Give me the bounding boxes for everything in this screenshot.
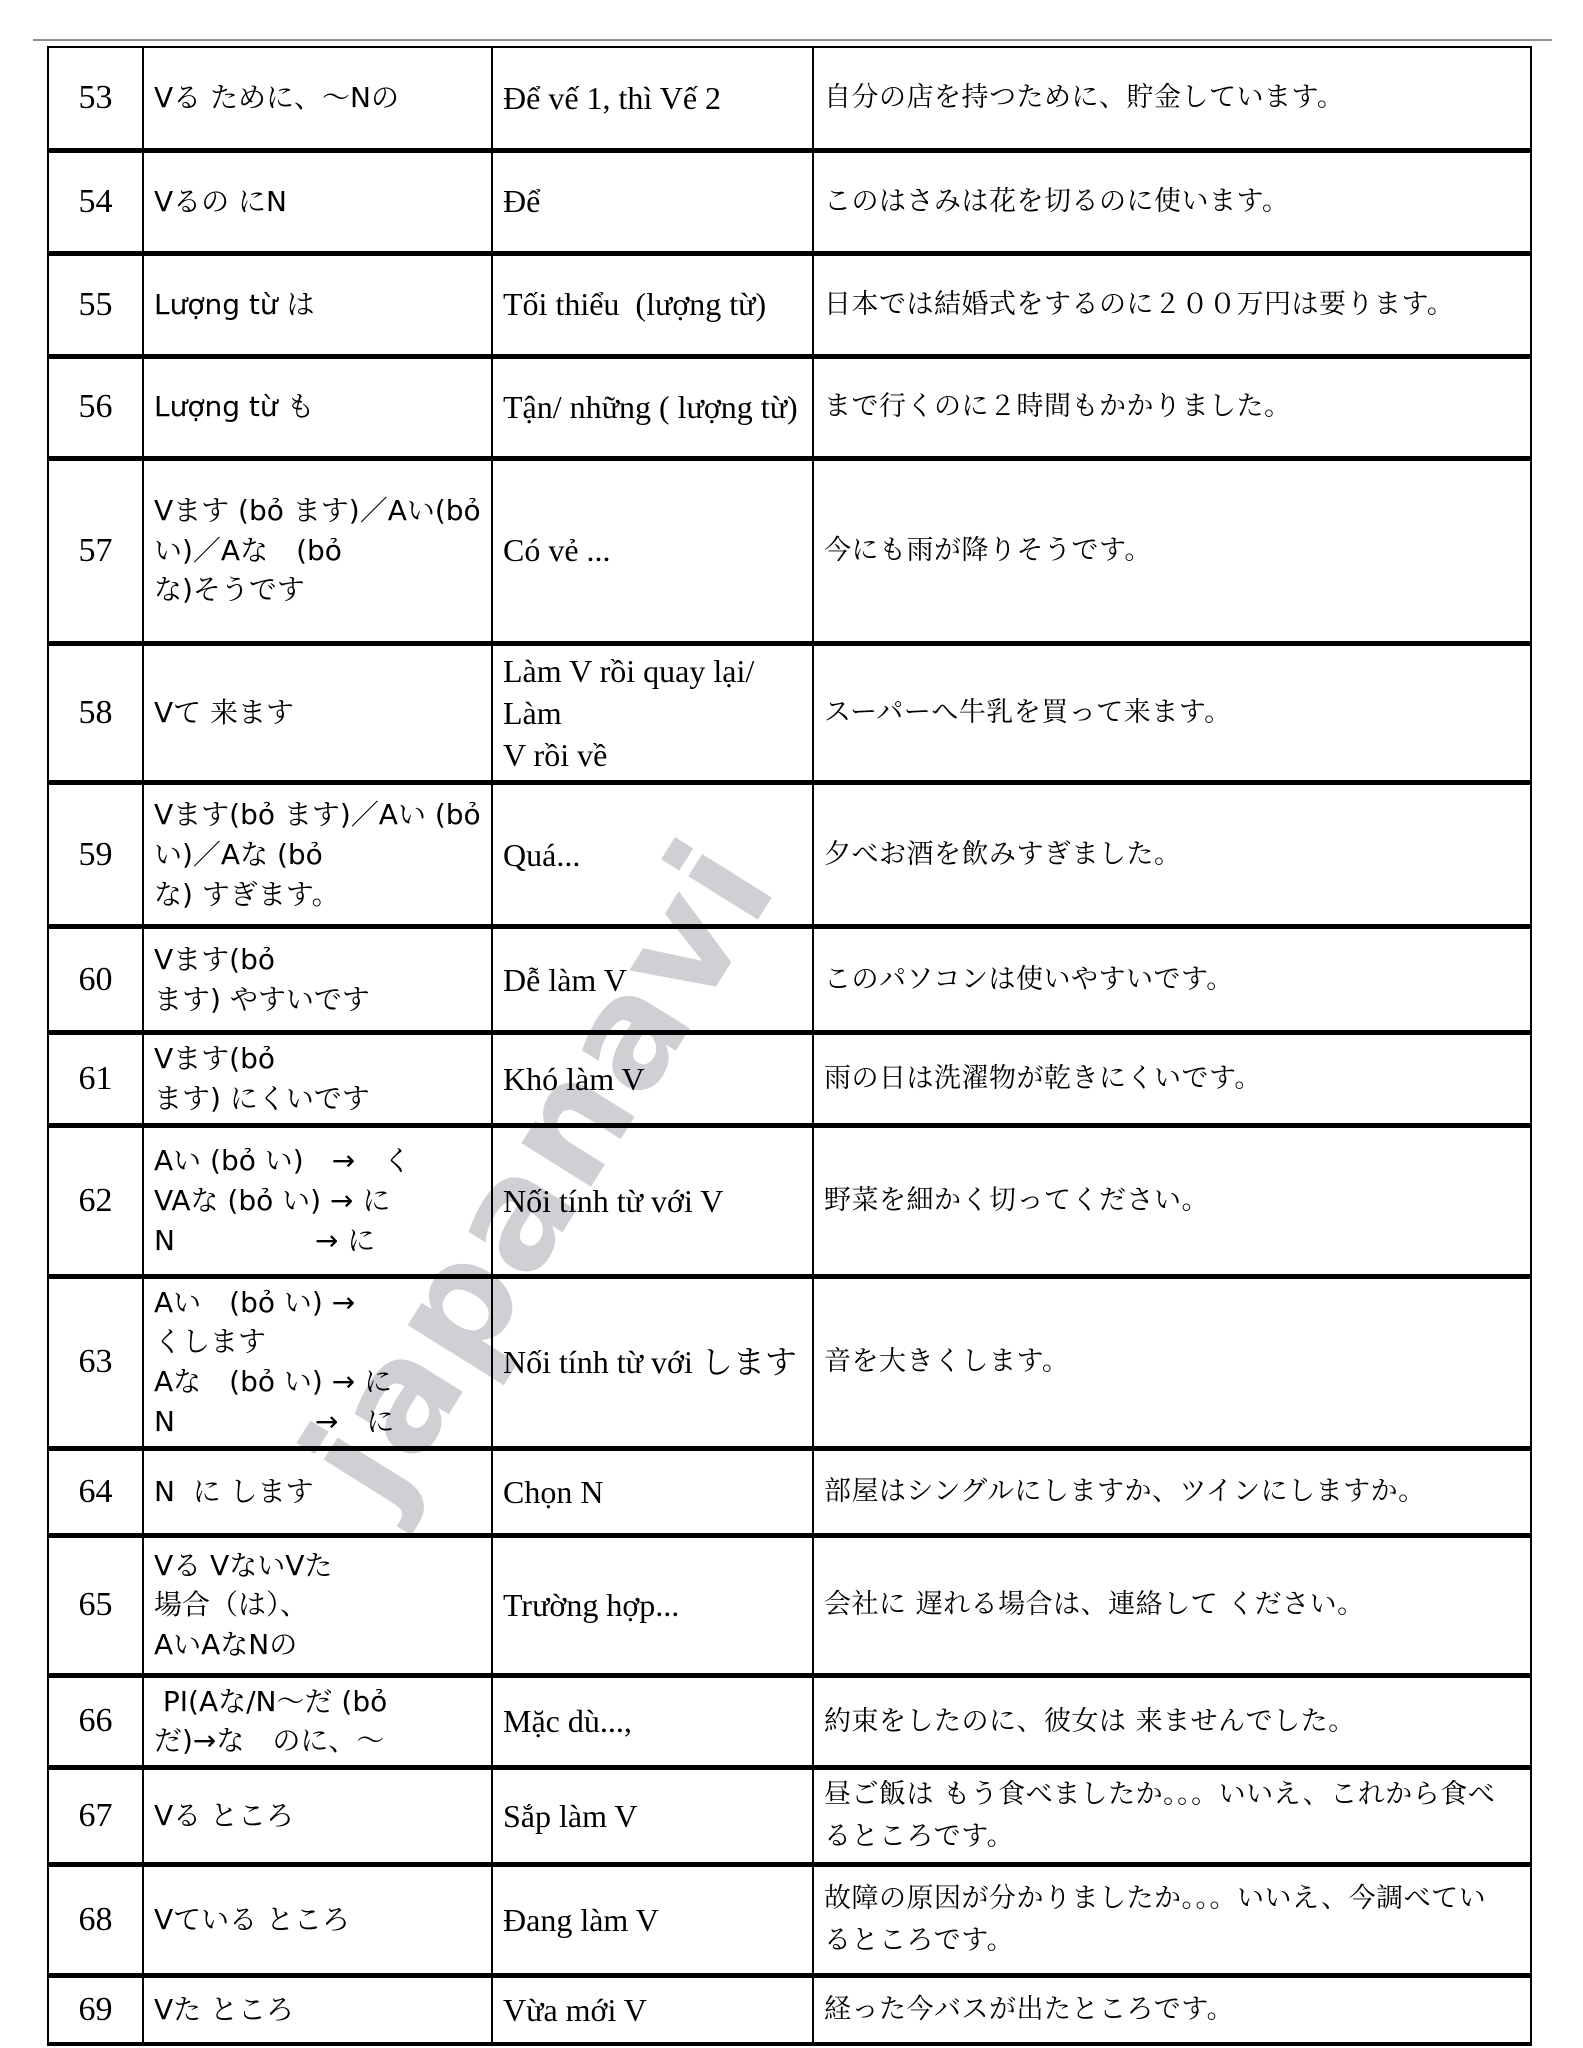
example-sentence-cell: このパソコンは使いやすいです。 [813,927,1531,1033]
meaning-cell: Trường hợp... [492,1535,813,1675]
grammar-pattern-cell: Vて 来ます [143,643,492,783]
row-number-cell: 67 [48,1768,143,1865]
meaning-cell: Để [492,150,813,253]
row-number-cell: 57 [48,458,143,643]
row-number-cell: 60 [48,927,143,1033]
grammar-pattern-cell: PI(Aな/N～だ (bỏ だ)→な のに、～ [143,1675,492,1768]
row-number-cell: 69 [48,1975,143,2044]
row-number-cell: 68 [48,1864,143,1975]
table-row: 68Vている ところĐang làm V故障の原因が分かりましたか。。。いいえ、… [48,1864,1531,1975]
table-row: 65Vる VないVた 場合（は）、 AいAなNのTrường hợp...会社に… [48,1535,1531,1675]
meaning-cell: Sắp làm V [492,1768,813,1865]
meaning-cell: Tận/ những ( lượng từ) [492,356,813,458]
meaning-cell: Đang làm V [492,1864,813,1975]
grammar-pattern-cell: Aい (bỏ い) → くします Aな (bỏ い) → に N → に [143,1276,492,1448]
example-sentence-cell: 会社に 遅れる場合は、連絡して ください。 [813,1535,1531,1675]
row-number-cell: 66 [48,1675,143,1768]
grammar-pattern-cell: Lượng từ も [143,356,492,458]
example-sentence-cell: 夕べお酒を飲みすぎました。 [813,783,1531,927]
grammar-table: 53Vる ために、～NのĐể vế 1, thì Vế 2自分の店を持つために、… [47,46,1532,2046]
grammar-pattern-cell: Vます(bỏ ます)／Aい (bỏ い)／Aな (bỏ な) すぎます。 [143,783,492,927]
table-row: 54Vるの にNĐểこのはさみは花を切るのに使います。 [48,150,1531,253]
meaning-cell: Tối thiểu (lượng từ) [492,253,813,356]
table-row: 67Vる ところSắp làm V昼ご飯は もう食べましたか。。。いいえ、これか… [48,1768,1531,1865]
example-sentence-cell: 部屋はシングルにしますか、ツインにしますか。 [813,1448,1531,1535]
meaning-cell: Làm V rồi quay lại/ Làm V rồi về [492,643,813,783]
meaning-cell: Dễ làm V [492,927,813,1033]
table-row: 63Aい (bỏ い) → くします Aな (bỏ い) → に N → にNố… [48,1276,1531,1448]
meaning-cell: Để vế 1, thì Vế 2 [492,47,813,150]
table-row: 62Aい (bỏ い) → く VAな (bỏ い) → に N → にNối … [48,1125,1531,1276]
grammar-pattern-cell: N に します [143,1448,492,1535]
example-sentence-cell: 雨の日は洗濯物が乾きにくいです。 [813,1033,1531,1126]
row-number-cell: 53 [48,47,143,150]
grammar-pattern-cell: Vる ところ [143,1768,492,1865]
row-number-cell: 62 [48,1125,143,1276]
example-sentence-cell: 今にも雨が降りそうです。 [813,458,1531,643]
example-sentence-cell: 音を大きくします。 [813,1276,1531,1448]
meaning-cell: Nối tính từ với します [492,1276,813,1448]
table-row: 59Vます(bỏ ます)／Aい (bỏ い)／Aな (bỏ な) すぎます。Qu… [48,783,1531,927]
table-row: 61Vます(bỏ ます) にくいですKhó làm V雨の日は洗濯物が乾きにくい… [48,1033,1531,1126]
row-number-cell: 58 [48,643,143,783]
meaning-cell: Nối tính từ với V [492,1125,813,1276]
example-sentence-cell: このはさみは花を切るのに使います。 [813,150,1531,253]
row-number-cell: 61 [48,1033,143,1126]
grammar-pattern-cell: Vる ために、～Nの [143,47,492,150]
example-sentence-cell: 日本では結婚式をするのに２００万円は要ります。 [813,253,1531,356]
meaning-cell: Mặc dù..., [492,1675,813,1768]
row-number-cell: 59 [48,783,143,927]
grammar-pattern-cell: Vます(bỏ ます) やすいです [143,927,492,1033]
row-number-cell: 54 [48,150,143,253]
example-sentence-cell: 自分の店を持つために、貯金しています。 [813,47,1531,150]
table-row: 53Vる ために、～NのĐể vế 1, thì Vế 2自分の店を持つために、… [48,47,1531,150]
example-sentence-cell: スーパーへ牛乳を買って来ます。 [813,643,1531,783]
grammar-pattern-cell: Vます(bỏ ます) にくいです [143,1033,492,1126]
example-sentence-cell: 野菜を細かく切ってください。 [813,1125,1531,1276]
row-number-cell: 63 [48,1276,143,1448]
top-divider-line [33,39,1552,41]
meaning-cell: Vừa mới V [492,1975,813,2044]
grammar-pattern-cell: Vた ところ [143,1975,492,2044]
row-number-cell: 65 [48,1535,143,1675]
meaning-cell: Khó làm V [492,1033,813,1126]
example-sentence-cell: まで行くのに２時間もかかりました。 [813,356,1531,458]
grammar-pattern-cell: Vるの にN [143,150,492,253]
example-sentence-cell: 昼ご飯は もう食べましたか。。。いいえ、これから食べ るところです。 [813,1768,1531,1865]
table-row: 60Vます(bỏ ます) やすいですDễ làm Vこのパソコンは使いやすいです… [48,927,1531,1033]
table-row: 57Vます (bỏ ます)／Aい(bỏ い)／Aな (bỏ な)そうですCó v… [48,458,1531,643]
table-row: 66 PI(Aな/N～だ (bỏ だ)→な のに、～Mặc dù...,約束をし… [48,1675,1531,1768]
table-row: 69Vた ところVừa mới V経った今バスが出たところです。 [48,1975,1531,2044]
meaning-cell: Có vẻ ... [492,458,813,643]
example-sentence-cell: 故障の原因が分かりましたか。。。いいえ、今調べてい るところです。 [813,1864,1531,1975]
meaning-cell: Chọn N [492,1448,813,1535]
row-number-cell: 55 [48,253,143,356]
grammar-pattern-cell: Vる VないVた 場合（は）、 AいAなNの [143,1535,492,1675]
grammar-pattern-cell: Vている ところ [143,1864,492,1975]
meaning-cell: Quá... [492,783,813,927]
row-number-cell: 56 [48,356,143,458]
example-sentence-cell: 経った今バスが出たところです。 [813,1975,1531,2044]
document-page: japanavi 53Vる ために、～NのĐể vế 1, thì Vế 2自分… [0,0,1583,2048]
table-row: 56Lượng từ もTận/ những ( lượng từ)まで行くのに… [48,356,1531,458]
grammar-pattern-cell: Vます (bỏ ます)／Aい(bỏ い)／Aな (bỏ な)そうです [143,458,492,643]
row-number-cell: 64 [48,1448,143,1535]
grammar-pattern-cell: Aい (bỏ い) → く VAな (bỏ い) → に N → に [143,1125,492,1276]
grammar-table-body: 53Vる ために、～NのĐể vế 1, thì Vế 2自分の店を持つために、… [48,47,1531,2044]
table-row: 55Lượng từ はTối thiểu (lượng từ)日本では結婚式を… [48,253,1531,356]
table-row: 64N に しますChọn N部屋はシングルにしますか、ツインにしますか。 [48,1448,1531,1535]
table-row: 58Vて 来ますLàm V rồi quay lại/ Làm V rồi về… [48,643,1531,783]
grammar-pattern-cell: Lượng từ は [143,253,492,356]
example-sentence-cell: 約束をしたのに、彼女は 来ませんでした。 [813,1675,1531,1768]
